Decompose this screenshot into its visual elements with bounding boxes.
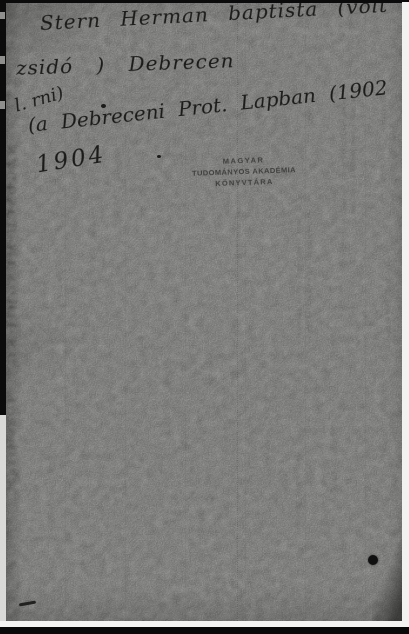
- paper-grain-texture: [6, 3, 402, 621]
- scanned-page: NZGUSCH MUSGHII KG fOdsdlyzqól olvasóink…: [0, 0, 409, 634]
- stamp-line-3: KÖNYVTÁRA: [192, 175, 296, 190]
- handwriting-scribble: l. rni): [12, 82, 66, 116]
- center-fold-line: [237, 3, 238, 621]
- paper-shading: [6, 3, 402, 621]
- paper-crease-lines: [6, 3, 402, 621]
- bleed-through-column: a lapban megjelent czikk: [384, 252, 392, 348]
- bleed-through-left-edge-lower: fOdsdlyzqól: [6, 399, 19, 567]
- bleed-through-column: olvasóink szíves figyelmébe ajánljuk: [295, 85, 303, 343]
- handwriting-line-2: zsidó ) Debrecen: [16, 48, 235, 80]
- bleed-through-left-edge-upper: NZGUSCH MUSGHII KG: [6, 145, 20, 417]
- bleed-through-column: tanítók s a zsinat rendje szerint: [349, 72, 357, 214]
- left-border-notch: [0, 12, 5, 19]
- right-edge-white-strip: [402, 2, 409, 626]
- handwriting-line-1: Stern Herman baptista (volt: [39, 3, 388, 35]
- library-stamp: MAGYAR TUDOMÁNYOS AKADÉMIA KÖNYVTÁRA: [191, 154, 296, 190]
- punch-hole-dot: [368, 555, 378, 565]
- ink-dot: [157, 155, 161, 158]
- handwriting-line-3: (a Debreceni Prot. Lapban (1902: [27, 75, 389, 137]
- left-border-notch: [0, 56, 5, 64]
- stamp-line-2: TUDOMÁNYOS AKADÉMIA: [192, 164, 296, 179]
- stamp-line-1: MAGYAR: [191, 154, 295, 168]
- paper-surface: NZGUSCH MUSGHII KG fOdsdlyzqól olvasóink…: [6, 3, 402, 621]
- bleed-through-column: Nyilatkozat közzé: [234, 203, 242, 265]
- left-border-notch: [0, 101, 5, 109]
- left-edge-light-strip: [0, 415, 6, 621]
- ink-dot: [101, 104, 106, 108]
- bleed-through-column: szíves olvasó: [380, 95, 388, 145]
- bleed-through-column: Jamilung ason kérdés: [294, 418, 302, 534]
- page-curl-shadow: [372, 491, 402, 621]
- bottom-border-strip: [0, 627, 409, 634]
- bleed-through-column: mielőbb a szerkesztői rovatban: [340, 72, 348, 214]
- ink-dash-mark: [19, 601, 36, 607]
- handwriting-year: 1904: [34, 142, 108, 179]
- bleed-through-column: az egyházkerületi gyűlésen a debreczeni: [305, 85, 313, 343]
